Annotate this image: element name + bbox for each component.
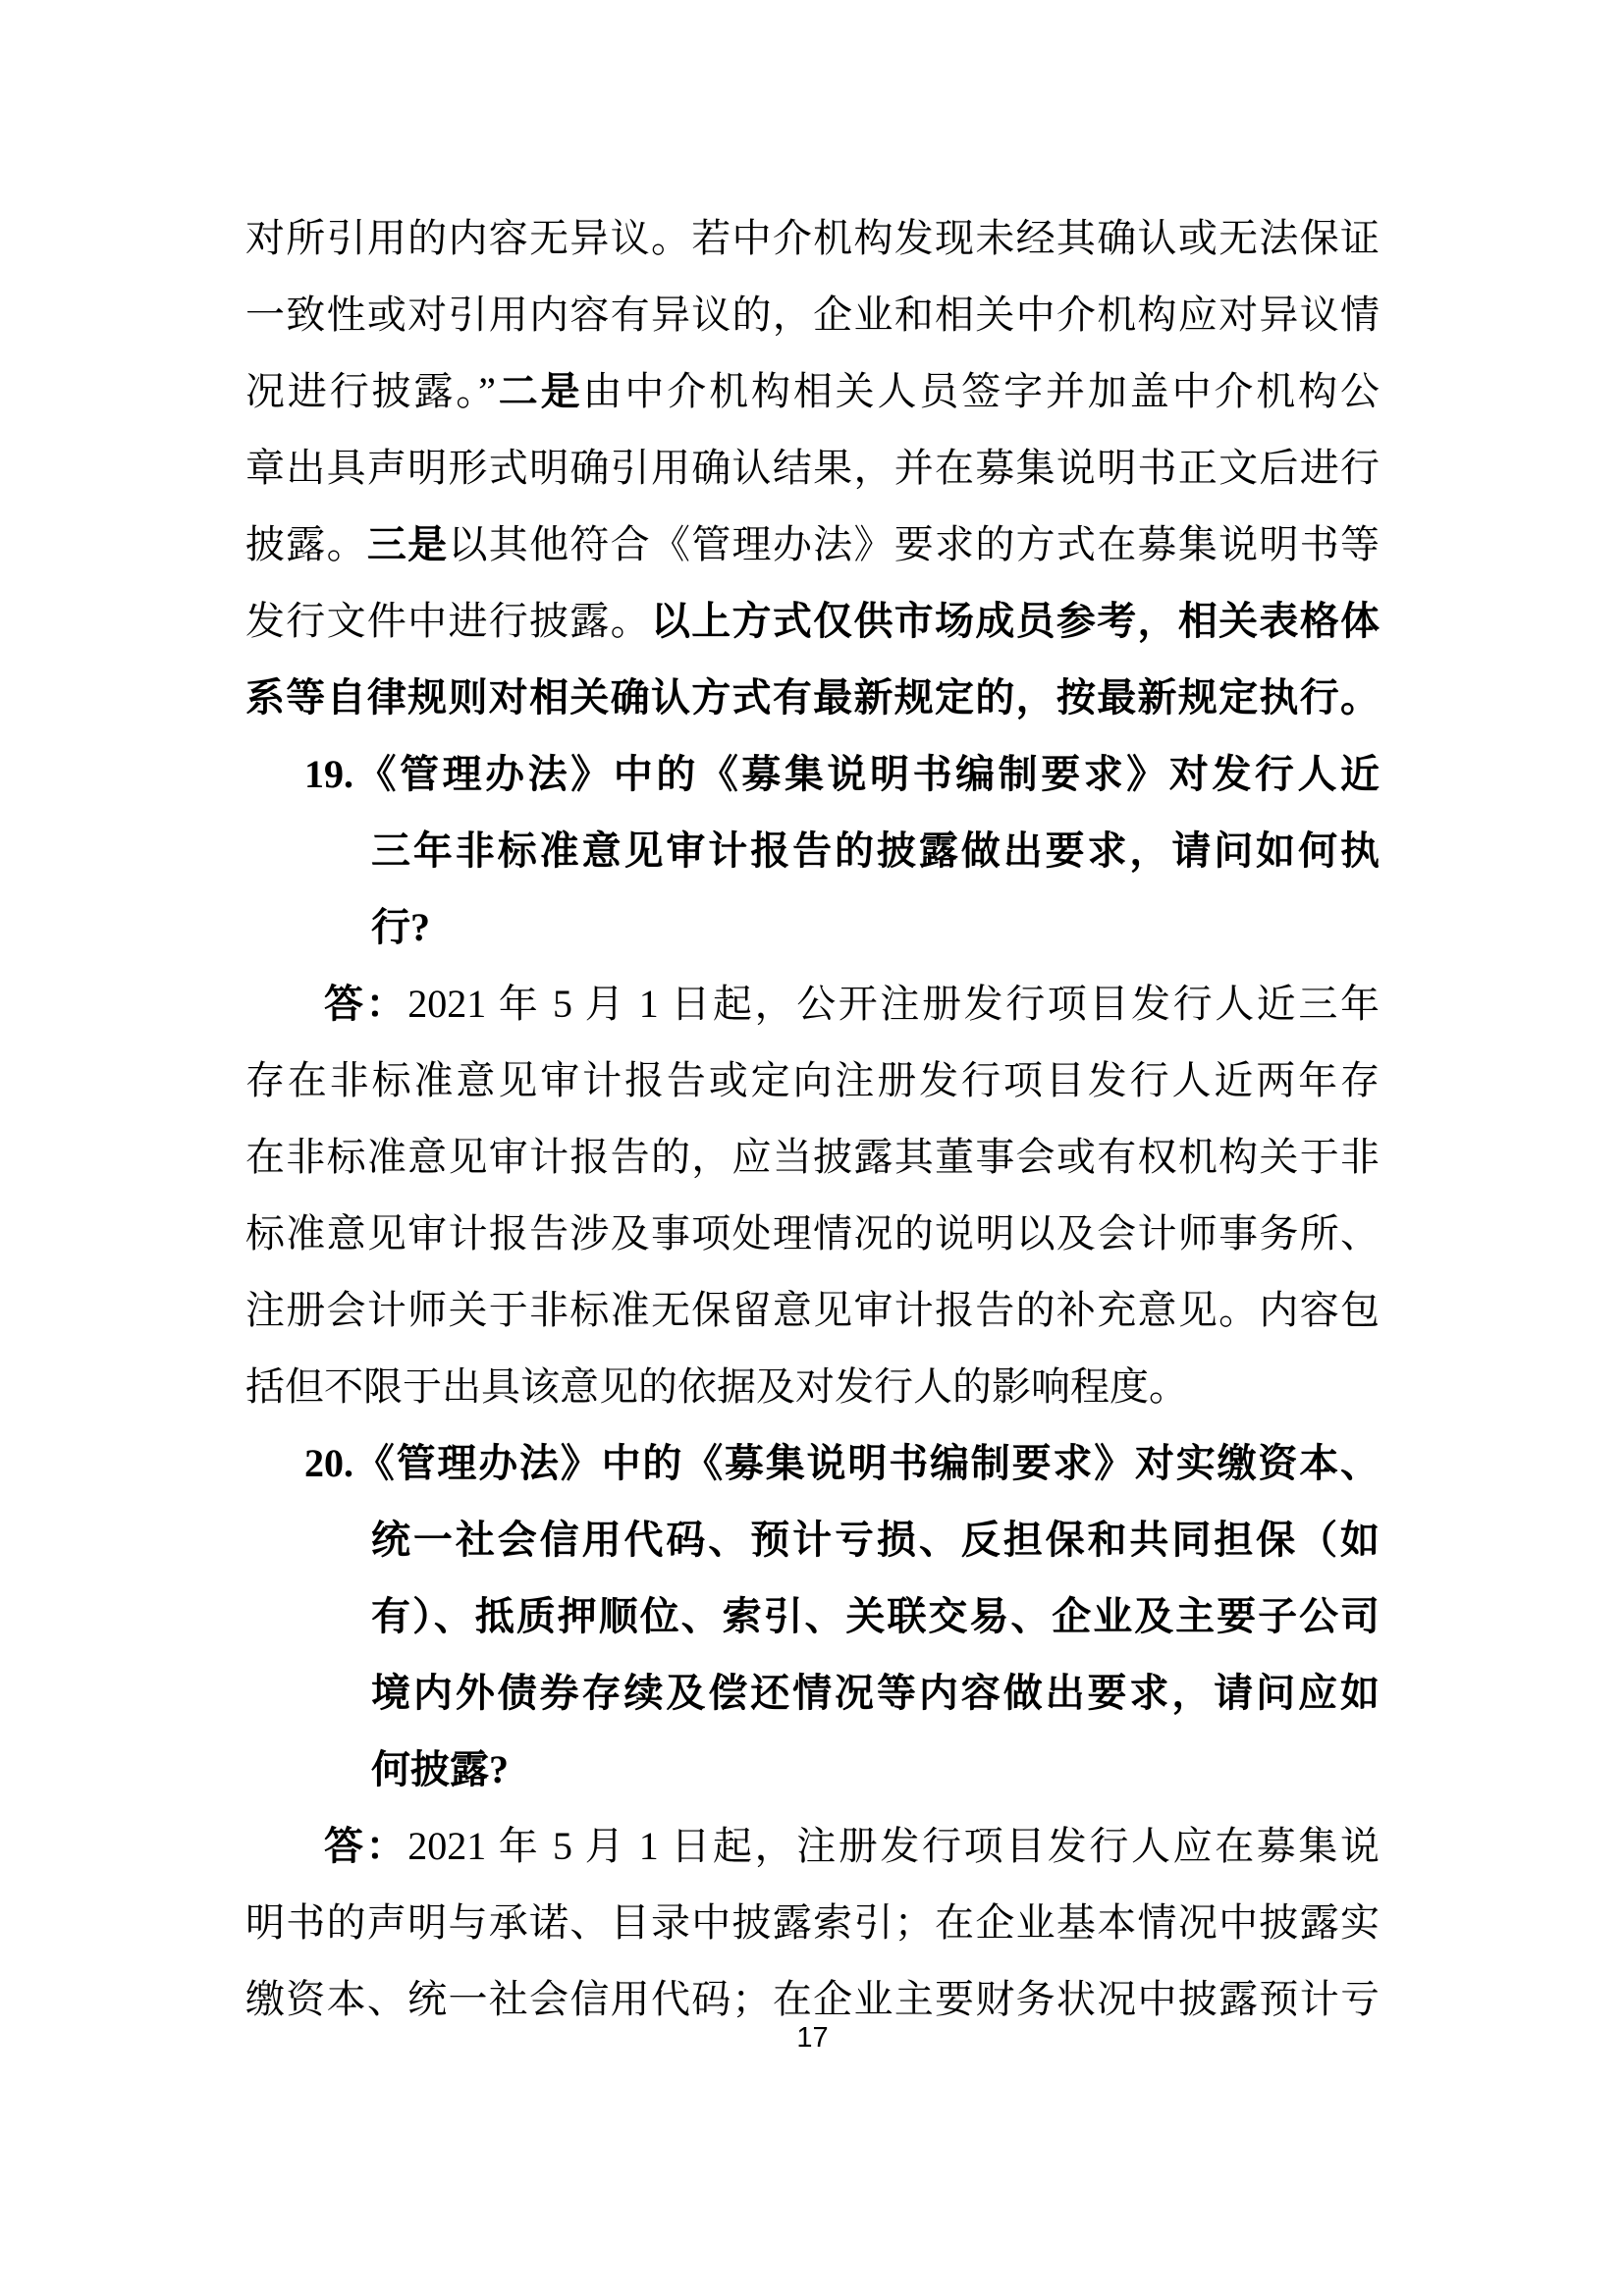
bold-text-segment: 三年非标准意见审计报告的披露做出要求，请问如何执 [371, 828, 1380, 873]
bold-text-segment: 统一社会信用代码、预计亏损、反担保和共同担保（如 [371, 1518, 1380, 1562]
bold-text-segment: 境内外债券存续及偿还情况等内容做出要求，请问应如 [371, 1671, 1380, 1715]
document-body: 对所引用的内容无异议。若中介机构发现未经其确认或无法保证一致性或对引用内容有异议… [245, 200, 1380, 2038]
text-segment: 括但不限于出具该意见的依据及对发行人的影响程度。 [245, 1364, 1188, 1409]
text-line: 存在非标准意见审计报告或定向注册发行项目发行人近两年存 [245, 1042, 1380, 1119]
text-line: 答：2021 年 5 月 1 日起，公开注册发行项目发行人近三年 [245, 966, 1380, 1042]
text-segment: 发行文件中进行披露。 [245, 599, 651, 643]
text-line: 披露。三是以其他符合《管理办法》要求的方式在募集说明书等 [245, 507, 1380, 583]
bold-text-segment: 二是 [496, 369, 583, 413]
bold-text-segment: 答： [324, 982, 407, 1026]
text-line: 标准意见审计报告涉及事项处理情况的说明以及会计师事务所、 [245, 1196, 1380, 1272]
text-line: 一致性或对引用内容有异议的，企业和相关中介机构应对异议情 [245, 277, 1380, 353]
bold-text-segment: 三是 [367, 522, 449, 566]
text-line: 何披露? [245, 1732, 1380, 1808]
text-line: 况进行披露。”二是由中介机构相关人员签字并加盖中介机构公 [245, 353, 1380, 430]
text-line: 有）、抵质押顺位、索引、关联交易、企业及主要子公司 [245, 1578, 1380, 1655]
text-line: 括但不限于出具该意见的依据及对发行人的影响程度。 [245, 1349, 1380, 1425]
text-segment: 况进行披露。” [245, 369, 496, 413]
text-line: 注册会计师关于非标准无保留意见审计报告的补充意见。内容包 [245, 1272, 1380, 1349]
text-line: 20.《管理办法》中的《募集说明书编制要求》对实缴资本、 [245, 1425, 1380, 1502]
text-line: 19.《管理办法》中的《募集说明书编制要求》对发行人近 [245, 736, 1380, 813]
text-segment: 标准意见审计报告涉及事项处理情况的说明以及会计师事务所、 [245, 1211, 1380, 1255]
bold-text-segment: 20.《管理办法》中的《募集说明书编制要求》对实缴资本、 [304, 1441, 1380, 1485]
text-segment: 2021 年 5 月 1 日起，公开注册发行项目发行人近三年 [407, 982, 1380, 1026]
bold-text-segment: 行? [371, 905, 430, 949]
text-line: 答：2021 年 5 月 1 日起，注册发行项目发行人应在募集说 [245, 1808, 1380, 1885]
text-line: 统一社会信用代码、预计亏损、反担保和共同担保（如 [245, 1502, 1380, 1578]
text-line: 三年非标准意见审计报告的披露做出要求，请问如何执 [245, 813, 1380, 889]
text-segment: 对所引用的内容无异议。若中介机构发现未经其确认或无法保证 [245, 216, 1380, 260]
bold-text-segment: 答： [324, 1824, 407, 1868]
bold-text-segment: 以上方式仅供市场成员参考，相关表格体 [651, 599, 1380, 643]
page-number: 17 [245, 2018, 1380, 2057]
text-segment: 明书的声明与承诺、目录中披露索引；在企业基本情况中披露实 [245, 1900, 1380, 1945]
bold-text-segment: 系等自律规则对相关确认方式有最新规定的，按最新规定执行。 [245, 675, 1380, 720]
text-line: 境内外债券存续及偿还情况等内容做出要求，请问应如 [245, 1655, 1380, 1732]
text-line: 发行文件中进行披露。以上方式仅供市场成员参考，相关表格体 [245, 583, 1380, 660]
text-line: 章出具声明形式明确引用确认结果，并在募集说明书正文后进行 [245, 430, 1380, 507]
text-segment: 披露。 [245, 522, 367, 566]
text-line: 对所引用的内容无异议。若中介机构发现未经其确认或无法保证 [245, 200, 1380, 277]
text-segment: 一致性或对引用内容有异议的，企业和相关中介机构应对异议情 [245, 293, 1380, 337]
bold-text-segment: 何披露? [371, 1747, 509, 1791]
text-segment: 章出具声明形式明确引用确认结果，并在募集说明书正文后进行 [245, 446, 1380, 490]
text-segment: 以其他符合《管理办法》要求的方式在募集说明书等 [448, 522, 1380, 566]
text-segment: 注册会计师关于非标准无保留意见审计报告的补充意见。内容包 [245, 1288, 1380, 1332]
text-line: 明书的声明与承诺、目录中披露索引；在企业基本情况中披露实 [245, 1885, 1380, 1961]
text-segment: 由中介机构相关人员签字并加盖中介机构公 [583, 369, 1380, 413]
text-segment: 在非标准意见审计报告的，应当披露其董事会或有权机构关于非 [245, 1135, 1380, 1179]
text-segment: 缴资本、统一社会信用代码；在企业主要财务状况中披露预计亏 [245, 1977, 1380, 2021]
text-line: 系等自律规则对相关确认方式有最新规定的，按最新规定执行。 [245, 660, 1380, 736]
text-line: 在非标准意见审计报告的，应当披露其董事会或有权机构关于非 [245, 1119, 1380, 1196]
text-line: 行? [245, 889, 1380, 966]
text-segment: 存在非标准意见审计报告或定向注册发行项目发行人近两年存 [245, 1058, 1380, 1102]
bold-text-segment: 有）、抵质押顺位、索引、关联交易、企业及主要子公司 [371, 1594, 1380, 1638]
text-segment: 2021 年 5 月 1 日起，注册发行项目发行人应在募集说 [407, 1824, 1380, 1868]
bold-text-segment: 19.《管理办法》中的《募集说明书编制要求》对发行人近 [304, 752, 1380, 796]
document-page: 对所引用的内容无异议。若中介机构发现未经其确认或无法保证一致性或对引用内容有异议… [0, 0, 1624, 2296]
